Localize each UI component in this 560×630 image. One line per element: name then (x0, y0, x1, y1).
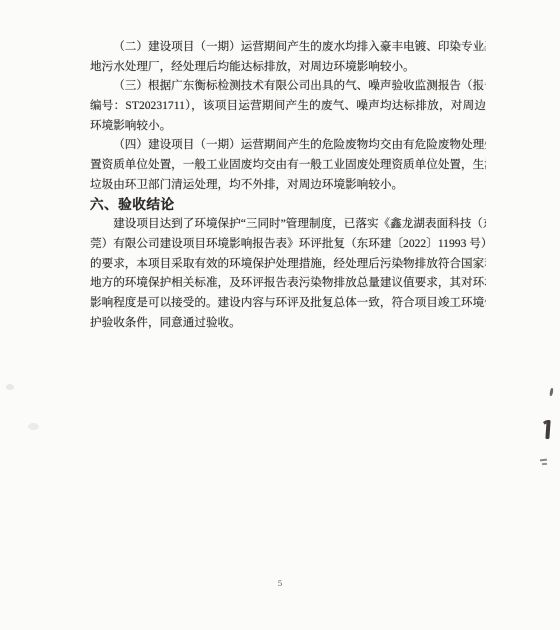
paragraph-solid-waste: （四）建设项目（一期）运营期间产生的危险废物均交由有危险废物处理处 置资质单位处… (90, 135, 486, 194)
text-line: 环境影响较小。 (90, 116, 486, 136)
text-line: 建设项目达到了环境保护“三同时”管理制度，已落实《鑫龙湖表面科技（东 (90, 214, 486, 234)
scanned-document-page: （二）建设项目（一期）运营期间产生的废水均排入豪丰电镀、印染专业基 地污水处理厂… (0, 0, 560, 630)
text-line: 莞）有限公司建设项目环境影响报告表》环评批复（东环建〔2022〕11993 号） (90, 234, 486, 254)
scan-artifact-dash (540, 459, 547, 462)
document-body: （二）建设项目（一期）运营期间产生的废水均排入豪丰电镀、印染专业基 地污水处理厂… (90, 37, 486, 332)
text-line: 地方的环境保护相关标准，及环评报告表污染物排放总量建议值要求，其对环境 (90, 273, 486, 293)
text-line: 置资质单位处置，一般工业固废均交由有一般工业固废处理资质单位处置，生活 (90, 155, 486, 175)
paragraph-gas-noise-monitoring: （三）根据广东衡标检测技术有限公司出具的气、噪声验收监测报告（报告 编号：ST2… (90, 76, 486, 135)
section-heading-acceptance-conclusion: 六、验收结论 (90, 195, 486, 215)
page-number: 5 (0, 578, 560, 588)
paragraph-wastewater: （二）建设项目（一期）运营期间产生的废水均排入豪丰电镀、印染专业基 地污水处理厂… (90, 37, 486, 76)
text-line: 地污水处理厂，经处理后均能达标排放，对周边环境影响较小。 (90, 57, 486, 77)
scan-artifact-stroke-mark (545, 420, 550, 439)
scan-speck (6, 384, 14, 390)
text-line: 护验收条件，同意通过验收。 (90, 313, 486, 333)
scan-artifact-curve-mark (549, 388, 553, 396)
paragraph-conclusion: 建设项目达到了环境保护“三同时”管理制度，已落实《鑫龙湖表面科技（东 莞）有限公… (90, 214, 486, 332)
text-line: 编号：ST20231711），该项目运营期间产生的废气、噪声均达标排放，对周边 (90, 96, 486, 116)
text-line: 影响程度是可以接受的。建设内容与环评及批复总体一致，符合项目竣工环境保 (90, 293, 486, 313)
text-line: （二）建设项目（一期）运营期间产生的废水均排入豪丰电镀、印染专业基 (90, 37, 486, 57)
text-line: （四）建设项目（一期）运营期间产生的危险废物均交由有危险废物处理处 (90, 135, 486, 155)
scan-speck (28, 423, 39, 430)
text-line: （三）根据广东衡标检测技术有限公司出具的气、噪声验收监测报告（报告 (90, 76, 486, 96)
text-line: 垃圾由环卫部门清运处理，均不外排，对周边环境影响较小。 (90, 175, 486, 195)
scan-artifact-dash (542, 463, 547, 465)
text-line: 的要求，本项目采取有效的环境保护处理措施，经处理后污染物排放符合国家和 (90, 254, 486, 274)
